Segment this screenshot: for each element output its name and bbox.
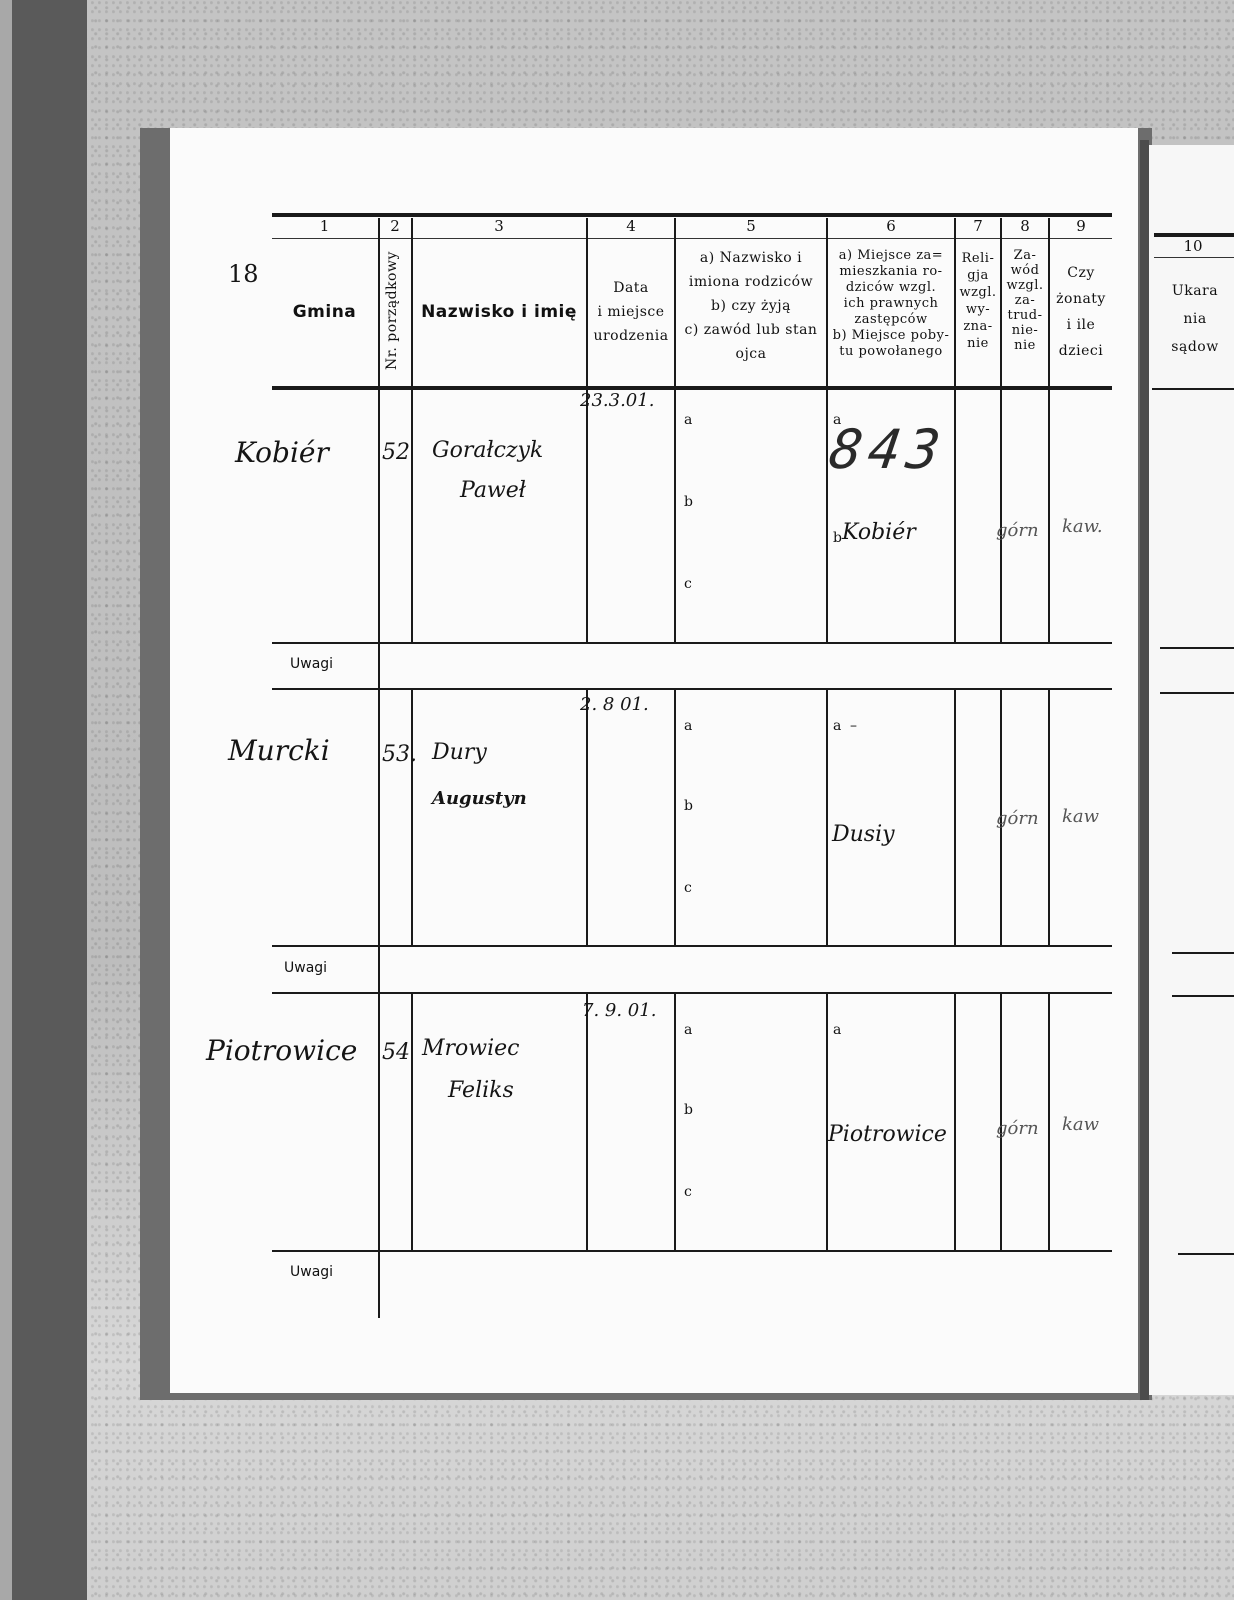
entry-2-residence-a: –	[850, 718, 857, 734]
header-line: mieszkania ro-	[828, 264, 954, 280]
header-line: Data	[588, 276, 674, 300]
column-divider	[1048, 994, 1050, 1250]
entry-3-residence-label-a: a	[833, 1022, 841, 1038]
header-nazwisko: Nazwisko i imię	[413, 304, 585, 320]
column-number-2: 2	[380, 218, 410, 234]
entry-3-occupation: górn	[996, 1118, 1039, 1139]
entry-1-nr: 52	[382, 440, 410, 465]
scan-edge	[0, 0, 12, 1600]
entry-2-birth-date: 2. 8 01.	[580, 694, 649, 715]
header-line: ojca	[676, 342, 826, 366]
header-line: nie	[1002, 338, 1048, 353]
entry-3-uwagi-label: Uwagi	[290, 1264, 333, 1280]
column-divider	[826, 218, 828, 643]
header-line: a) Miejsce za=	[828, 248, 954, 264]
binding-shadow	[12, 0, 87, 1600]
entry-2-occupation: górn	[996, 808, 1039, 829]
entry-2-uwagi-label: Uwagi	[284, 960, 327, 976]
book-gutter	[1140, 140, 1149, 1400]
header-line: b) Miejsce poby-	[828, 328, 954, 344]
entry-3-birth-date: 7. 9. 01.	[582, 1000, 656, 1021]
column-divider	[674, 218, 676, 643]
entry-1-given-name: Paweł	[460, 478, 526, 503]
header-zonaty: Czy żonaty i ile dzieci	[1050, 260, 1112, 364]
entry-1-marital: kaw.	[1062, 516, 1103, 537]
entry-1-birth-date: 23.3.01.	[580, 390, 654, 411]
header-line: nie	[956, 335, 1000, 352]
rule	[1172, 995, 1234, 997]
column-number-3: 3	[413, 218, 585, 234]
header-line: a) Nazwisko i	[676, 246, 826, 270]
entry-2-surname: Dury	[432, 740, 487, 765]
header-rodzice: a) Nazwisko i imiona rodziców b) czy żyj…	[676, 246, 826, 366]
header-zawod: Za- wód wzgl. za- trud- nie- nie	[1002, 248, 1048, 353]
entry-2-nr: 53.	[382, 742, 417, 767]
column-divider	[378, 218, 380, 1318]
column-divider	[411, 994, 413, 1250]
entry-1-residence-label-b: b	[833, 530, 842, 546]
column-divider	[674, 690, 676, 945]
header-nr-porzadkowy: Nr. porządkowy	[384, 246, 406, 376]
column-number-10: 10	[1158, 238, 1228, 254]
header-line: i ile	[1050, 312, 1112, 338]
entry-3-residence-b: Piotrowice	[828, 1122, 947, 1147]
entry-3-label-a: a	[684, 1022, 692, 1038]
column-number-rule	[272, 238, 1112, 239]
entry-1-gmina: Kobiér	[235, 436, 329, 469]
entry-3-marital: kaw	[1062, 1114, 1099, 1135]
entry-1-surname: Gorałczyk	[432, 438, 543, 463]
header-line: zna-	[956, 318, 1000, 335]
rule	[1160, 692, 1234, 694]
column-divider	[586, 690, 588, 945]
entry-1-uwagi-label: Uwagi	[290, 656, 333, 672]
entry-3-gmina: Piotrowice	[206, 1034, 357, 1067]
register-page: 18 1 2 3 4 5 6 7 8 9 Gmina Nr. porządkow…	[170, 128, 1138, 1393]
header-gmina: Gmina	[272, 304, 377, 320]
header-data-urodzenia: Data i miejsce urodzenia	[588, 276, 674, 348]
header-line: zastępców	[828, 312, 954, 328]
column-divider	[411, 690, 413, 945]
entry-3-surname: Mrowiec	[422, 1036, 520, 1061]
header-line: wy-	[956, 301, 1000, 318]
header-line: wzgl.	[956, 284, 1000, 301]
entry-2-label-c: c	[684, 880, 692, 896]
rule	[1172, 952, 1234, 954]
entry-3-bottom-rule	[272, 1250, 1112, 1252]
entry-2-given-name: Augustyn	[432, 788, 527, 809]
header-ukarania: Ukara nia sądow	[1150, 277, 1234, 361]
column-divider	[954, 690, 956, 945]
header-line: nia	[1150, 305, 1234, 333]
header-line: b) czy żyją	[676, 294, 826, 318]
column-number-8: 8	[1002, 218, 1048, 234]
column-number-9: 9	[1050, 218, 1112, 234]
header-line: i miejsce	[588, 300, 674, 324]
column-divider	[826, 690, 828, 945]
rule	[1178, 1253, 1234, 1255]
entry-1-stamp-number: 843	[826, 418, 950, 481]
column-number-7: 7	[956, 218, 1000, 234]
column-divider	[954, 218, 956, 643]
header-line: Czy	[1050, 260, 1112, 286]
column-divider	[411, 218, 413, 643]
entry-1-bottom-rule	[272, 642, 1112, 644]
header-line: za-	[1002, 293, 1048, 308]
header-line: żonaty	[1050, 286, 1112, 312]
header-line: Za-	[1002, 248, 1048, 263]
header-line: dzieci	[1050, 338, 1112, 364]
column-divider	[586, 218, 588, 643]
entry-1-occupation: górn	[996, 520, 1039, 541]
entry-3-label-c: c	[684, 1184, 692, 1200]
header-line: sądow	[1150, 333, 1234, 361]
column-divider	[954, 994, 956, 1250]
entry-3-nr: 54	[382, 1040, 410, 1065]
entry-1-residence-b: Kobiér	[842, 520, 916, 545]
uwagi-2-bottom-rule	[272, 992, 1112, 994]
rule	[1152, 388, 1234, 390]
entry-2-marital: kaw	[1062, 806, 1099, 827]
margin-page-number: 18	[228, 260, 259, 288]
entry-2-residence-label-a: a	[833, 718, 841, 734]
entry-2-gmina: Murcki	[228, 734, 330, 767]
entry-3-label-b: b	[684, 1102, 693, 1118]
column-divider	[1000, 218, 1002, 643]
header-line: Ukara	[1150, 277, 1234, 305]
header-bottom-rule	[272, 386, 1112, 390]
header-miejsce: a) Miejsce za= mieszkania ro- dziców wzg…	[828, 248, 954, 360]
column-divider	[1048, 690, 1050, 945]
header-line: trud-	[1002, 308, 1048, 323]
entry-2-bottom-rule	[272, 945, 1112, 947]
entry-1-label-b: b	[684, 494, 693, 510]
entry-1-label-a: a	[684, 412, 692, 428]
header-line: dziców wzgl.	[828, 280, 954, 296]
entry-2-label-a: a	[684, 718, 692, 734]
column-number-1: 1	[272, 218, 377, 234]
entry-2-label-b: b	[684, 798, 693, 814]
header-line: Reli-	[956, 250, 1000, 267]
column-divider	[674, 994, 676, 1250]
entry-1-label-c: c	[684, 576, 692, 592]
header-religia: Reli- gja wzgl. wy- zna- nie	[956, 250, 1000, 352]
column-divider	[1048, 218, 1050, 643]
header-line: tu powołanego	[828, 344, 954, 360]
header-line: c) zawód lub stan	[676, 318, 826, 342]
header-line: imiona rodziców	[676, 270, 826, 294]
header-line: ich prawnych	[828, 296, 954, 312]
header-line: urodzenia	[588, 324, 674, 348]
uwagi-1-bottom-rule	[272, 688, 1112, 690]
header-line: gja	[956, 267, 1000, 284]
column-number-4: 4	[588, 218, 674, 234]
column-divider	[586, 994, 588, 1250]
entry-2-residence-b: Dusiy	[832, 822, 895, 847]
rule	[1154, 257, 1234, 258]
rule	[1160, 647, 1234, 649]
column-number-5: 5	[676, 218, 826, 234]
header-line: wzgl.	[1002, 278, 1048, 293]
header-line: wód	[1002, 263, 1048, 278]
entry-3-given-name: Feliks	[448, 1078, 514, 1103]
facing-page: 10 Ukara nia sądow	[1148, 145, 1234, 1395]
header-line: nie-	[1002, 323, 1048, 338]
column-number-6: 6	[828, 218, 954, 234]
